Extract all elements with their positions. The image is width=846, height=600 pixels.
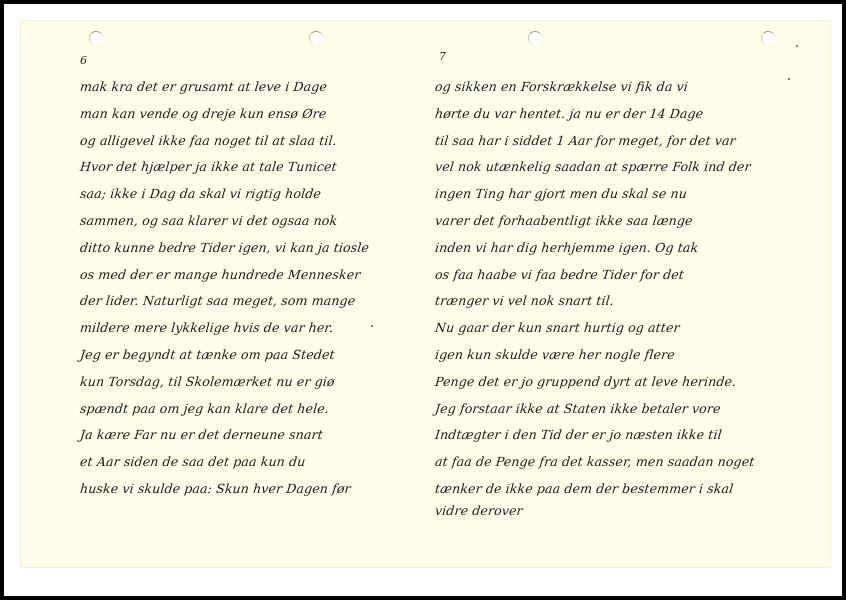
handwritten-line: ingen Ting har gjort men du skal se nu <box>434 181 787 208</box>
speck <box>788 78 790 80</box>
speck <box>796 45 798 47</box>
left-page: mak kra det er grusamt at leve i Dage ma… <box>80 74 430 503</box>
handwritten-line: tænker de ikke paa dem der bestemmer i s… <box>434 476 787 503</box>
handwritten-line: man kan vende og dreje kun ensø Øre <box>79 101 432 128</box>
handwritten-line: hørte du var hentet. ja nu er der 14 Dag… <box>434 101 787 128</box>
handwritten-line: igen kun skulde være her nogle flere <box>434 342 787 369</box>
right-page-number: 7 <box>439 50 446 63</box>
handwritten-line: til saa har i siddet 1 Aar for meget, fo… <box>434 128 787 155</box>
right-page: og sikken en Forskrækkelse vi fik da vi … <box>435 74 785 519</box>
handwritten-line: der lider. Naturligt saa meget, som mang… <box>79 288 432 315</box>
handwritten-line: Indtægter i den Tid der er jo næsten ikk… <box>434 422 787 449</box>
handwritten-line: og sikken en Forskrækkelse vi fik da vi <box>434 74 787 101</box>
handwritten-line: et Aar siden de saa det paa kun du <box>79 449 432 476</box>
punch-hole-1 <box>89 31 103 45</box>
handwritten-line: varer det forhaabentligt ikke saa længe <box>434 208 787 235</box>
handwritten-line: mildere mere lykkelige hvis de var her. <box>79 315 432 342</box>
punch-hole-2 <box>309 31 323 45</box>
handwritten-line: sammen, og saa klarer vi det ogsaa nok <box>79 208 432 235</box>
handwritten-line: vel nok utænkelig saadan at spærre Folk … <box>434 154 787 181</box>
letter-sheet: 6 7 mak kra det er grusamt at leve i Dag… <box>20 20 831 568</box>
handwritten-line: trænger vi vel nok snart til. <box>434 288 787 315</box>
handwritten-line: Nu gaar der kun snart hurtig og atter <box>434 315 787 342</box>
punch-hole-4 <box>761 31 775 45</box>
handwritten-line: at faa de Penge fra det kasser, men saad… <box>434 449 787 476</box>
handwritten-line: ditto kunne bedre Tider igen, vi kan ja … <box>79 235 432 262</box>
handwritten-line: os faa haabe vi faa bedre Tider for det <box>434 262 787 289</box>
handwritten-line: kun Torsdag, til Skolemærket nu er giø <box>79 369 432 396</box>
scan-frame: 6 7 mak kra det er grusamt at leve i Dag… <box>4 4 842 596</box>
left-page-number: 6 <box>80 54 87 67</box>
handwritten-line: Penge det er jo gruppend dyrt at leve he… <box>434 369 787 396</box>
handwritten-line: Jeg forstaar ikke at Staten ikke betaler… <box>434 396 787 423</box>
handwritten-line: vidre derover <box>434 503 786 519</box>
punch-hole-3 <box>528 31 542 45</box>
handwritten-line: spændt paa om jeg kan klare det hele. <box>79 396 432 423</box>
handwritten-line: Hvor det hjælper ja ikke at tale Tunicet <box>79 154 432 181</box>
handwritten-line: Jeg er begyndt at tænke om paa Stedet <box>79 342 432 369</box>
handwritten-line: og alligevel ikke faa noget til at slaa … <box>79 128 432 155</box>
handwritten-line: mak kra det er grusamt at leve i Dage <box>79 74 432 101</box>
handwritten-line: huske vi skulde paa: Skun hver Dagen før <box>79 476 432 503</box>
handwritten-line: Ja kære Far nu er det derneune snart <box>79 422 432 449</box>
handwritten-line: saa; ikke i Dag da skal vi rigtig holde <box>79 181 432 208</box>
handwritten-line: inden vi har dig herhjemme igen. Og tak <box>434 235 787 262</box>
handwritten-line: os med der er mange hundrede Mennesker <box>79 262 432 289</box>
